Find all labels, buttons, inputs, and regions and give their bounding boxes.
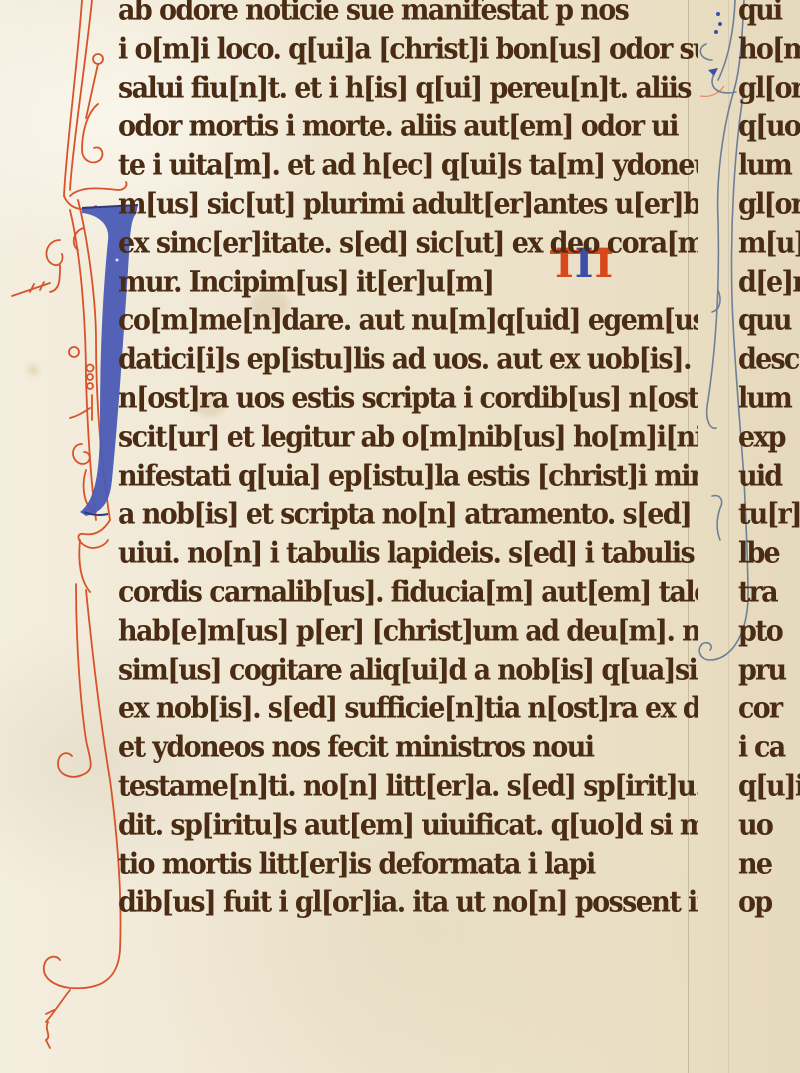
text-line: te i uita[m]. et ad h[ec] q[ui]s ta[m] y…: [118, 146, 698, 188]
text-line: hab[e]m[us] p[er] [christ]um ad deu[m]. …: [118, 611, 698, 653]
text-line: a nob[is] et scripta no[n] atramento. s[…: [118, 495, 698, 537]
text-line: uo: [738, 805, 800, 847]
text-line: m[u]: [738, 223, 800, 265]
text-line: cordis carnalib[us]. fiducia[m] aut[em] …: [118, 572, 698, 614]
text-line: testame[n]ti. no[n] litt[er]a. s[ed] sp[…: [118, 766, 698, 808]
text-line: m[us] sic[ut] plurimi adult[er]antes u[e…: [118, 184, 698, 226]
text-line: i ca: [738, 728, 800, 770]
text-line: qui: [738, 0, 800, 32]
text-line: salui fiu[n]t. et i h[is] q[ui] pereu[n]…: [118, 68, 698, 110]
text-line: tra: [738, 572, 800, 614]
text-line: pru: [738, 650, 800, 692]
text-line: uiui. no[n] i tabulis lapideis. s[ed] i …: [118, 534, 698, 576]
right-text-column: qui ho[m] gl[or]i q[uo]b[us] lum gl[or]i…: [738, 0, 800, 923]
text-line: ho[m]: [738, 29, 800, 71]
main-text-column: ab odore noticie sue manifestat p nos i …: [118, 0, 698, 923]
text-line: dit. sp[iritu]s aut[em] uiuificat. q[uo]…: [118, 805, 698, 847]
text-line: co[m]me[n]dare. aut nu[m]q[uid] egem[us]…: [118, 301, 698, 343]
text-line: quu: [738, 301, 800, 343]
text-line: ex sinc[er]itate. s[ed] sic[ut] ex deo c…: [118, 223, 698, 265]
text-line: lum: [738, 378, 800, 420]
text-line: et ydoneos nos fecit ministros noui: [118, 728, 698, 770]
text-line: gl[or]i: [738, 184, 800, 226]
text-line: nifestati q[uia] ep[istu]la estis [chris…: [118, 456, 698, 498]
text-line: mur. Incipim[us] it[er]u[m] nosmet ip[s]…: [118, 262, 498, 304]
text-line: desc: [738, 340, 800, 382]
text-line: n[ost]ra uos estis scripta i cordib[us] …: [118, 378, 698, 420]
text-line: q[u]i: [738, 766, 800, 808]
text-line: op: [738, 883, 800, 923]
text-line: uid: [738, 456, 800, 498]
text-line: lbe: [738, 534, 800, 576]
text-line: ne: [738, 844, 800, 886]
text-line: gl[or]i: [738, 68, 800, 110]
text-line: tio mortis litt[er]is deformata i lapi: [118, 844, 698, 886]
text-line: cor: [738, 689, 800, 731]
text-line: scit[ur] et legitur ab o[m]nib[us] ho[m]…: [118, 417, 698, 459]
text-line: datici[i]s ep[istu]lis ad uos. aut ex uo…: [118, 340, 698, 382]
text-line: exp: [738, 417, 800, 459]
text-line: ex nob[is]. s[ed] sufficie[n]tia n[ost]r…: [118, 689, 698, 731]
text-line: q[uo]b[us]: [738, 107, 800, 149]
text-line: lum: [738, 146, 800, 188]
text-line: dib[us] fuit i gl[or]ia. ita ut no[n] po…: [118, 883, 698, 925]
text-line: d[e]n: [738, 262, 800, 304]
text-line: odor mortis i morte. aliis aut[em] odor …: [118, 107, 698, 149]
text-line: tu[r]: [738, 495, 800, 537]
text-line: pto: [738, 611, 800, 653]
text-line: i o[m]i loco. q[ui]a [christ]i bon[us] o…: [118, 29, 698, 71]
text-line: ab odore noticie sue manifestat p nos: [118, 0, 698, 32]
text-line: sim[us] cogitare aliq[ui]d a nob[is] q[u…: [118, 650, 698, 692]
